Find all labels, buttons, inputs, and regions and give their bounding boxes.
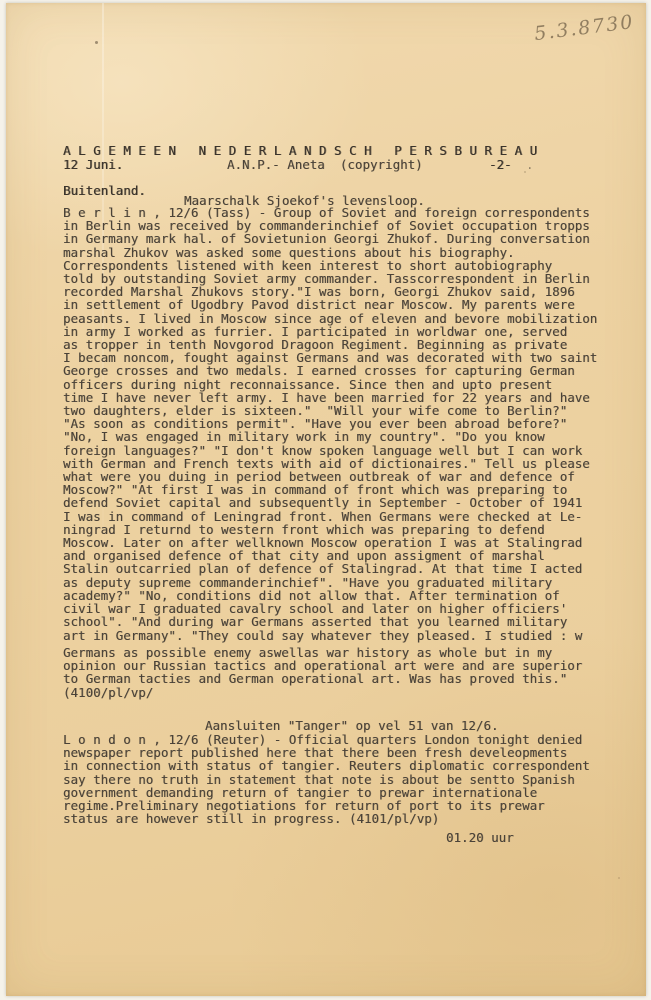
paper-speck xyxy=(95,41,98,44)
press-bureau-name: A L G E M E E N N E D E R L A N D S C H … xyxy=(63,144,537,157)
article1-body-continued: Germans as possible enemy aswellas war h… xyxy=(63,646,582,699)
issue-time: 01.20 uur xyxy=(446,831,514,844)
section-label: Buitenland. xyxy=(63,184,146,197)
article1-body: B e r l i n , 12/6 (Tass) - Group of Sov… xyxy=(63,206,597,642)
paper-speck xyxy=(618,877,620,879)
page-number: -2- xyxy=(489,158,512,171)
article2-heading: Aansluiten "Tanger" op vel 51 van 12/6. xyxy=(205,719,499,732)
date-label: 12 Juni. xyxy=(63,158,123,171)
article2-body: L o n d o n , 12/6 (Reuter) - Official q… xyxy=(63,733,590,825)
stray-type-dot: . xyxy=(526,158,534,171)
scanned-telegram-page: 5.3.8730 A L G E M E E N N E D E R L A N… xyxy=(0,0,651,1000)
agency-copyright-line: A.N.P.- Aneta (copyright) xyxy=(227,158,423,171)
